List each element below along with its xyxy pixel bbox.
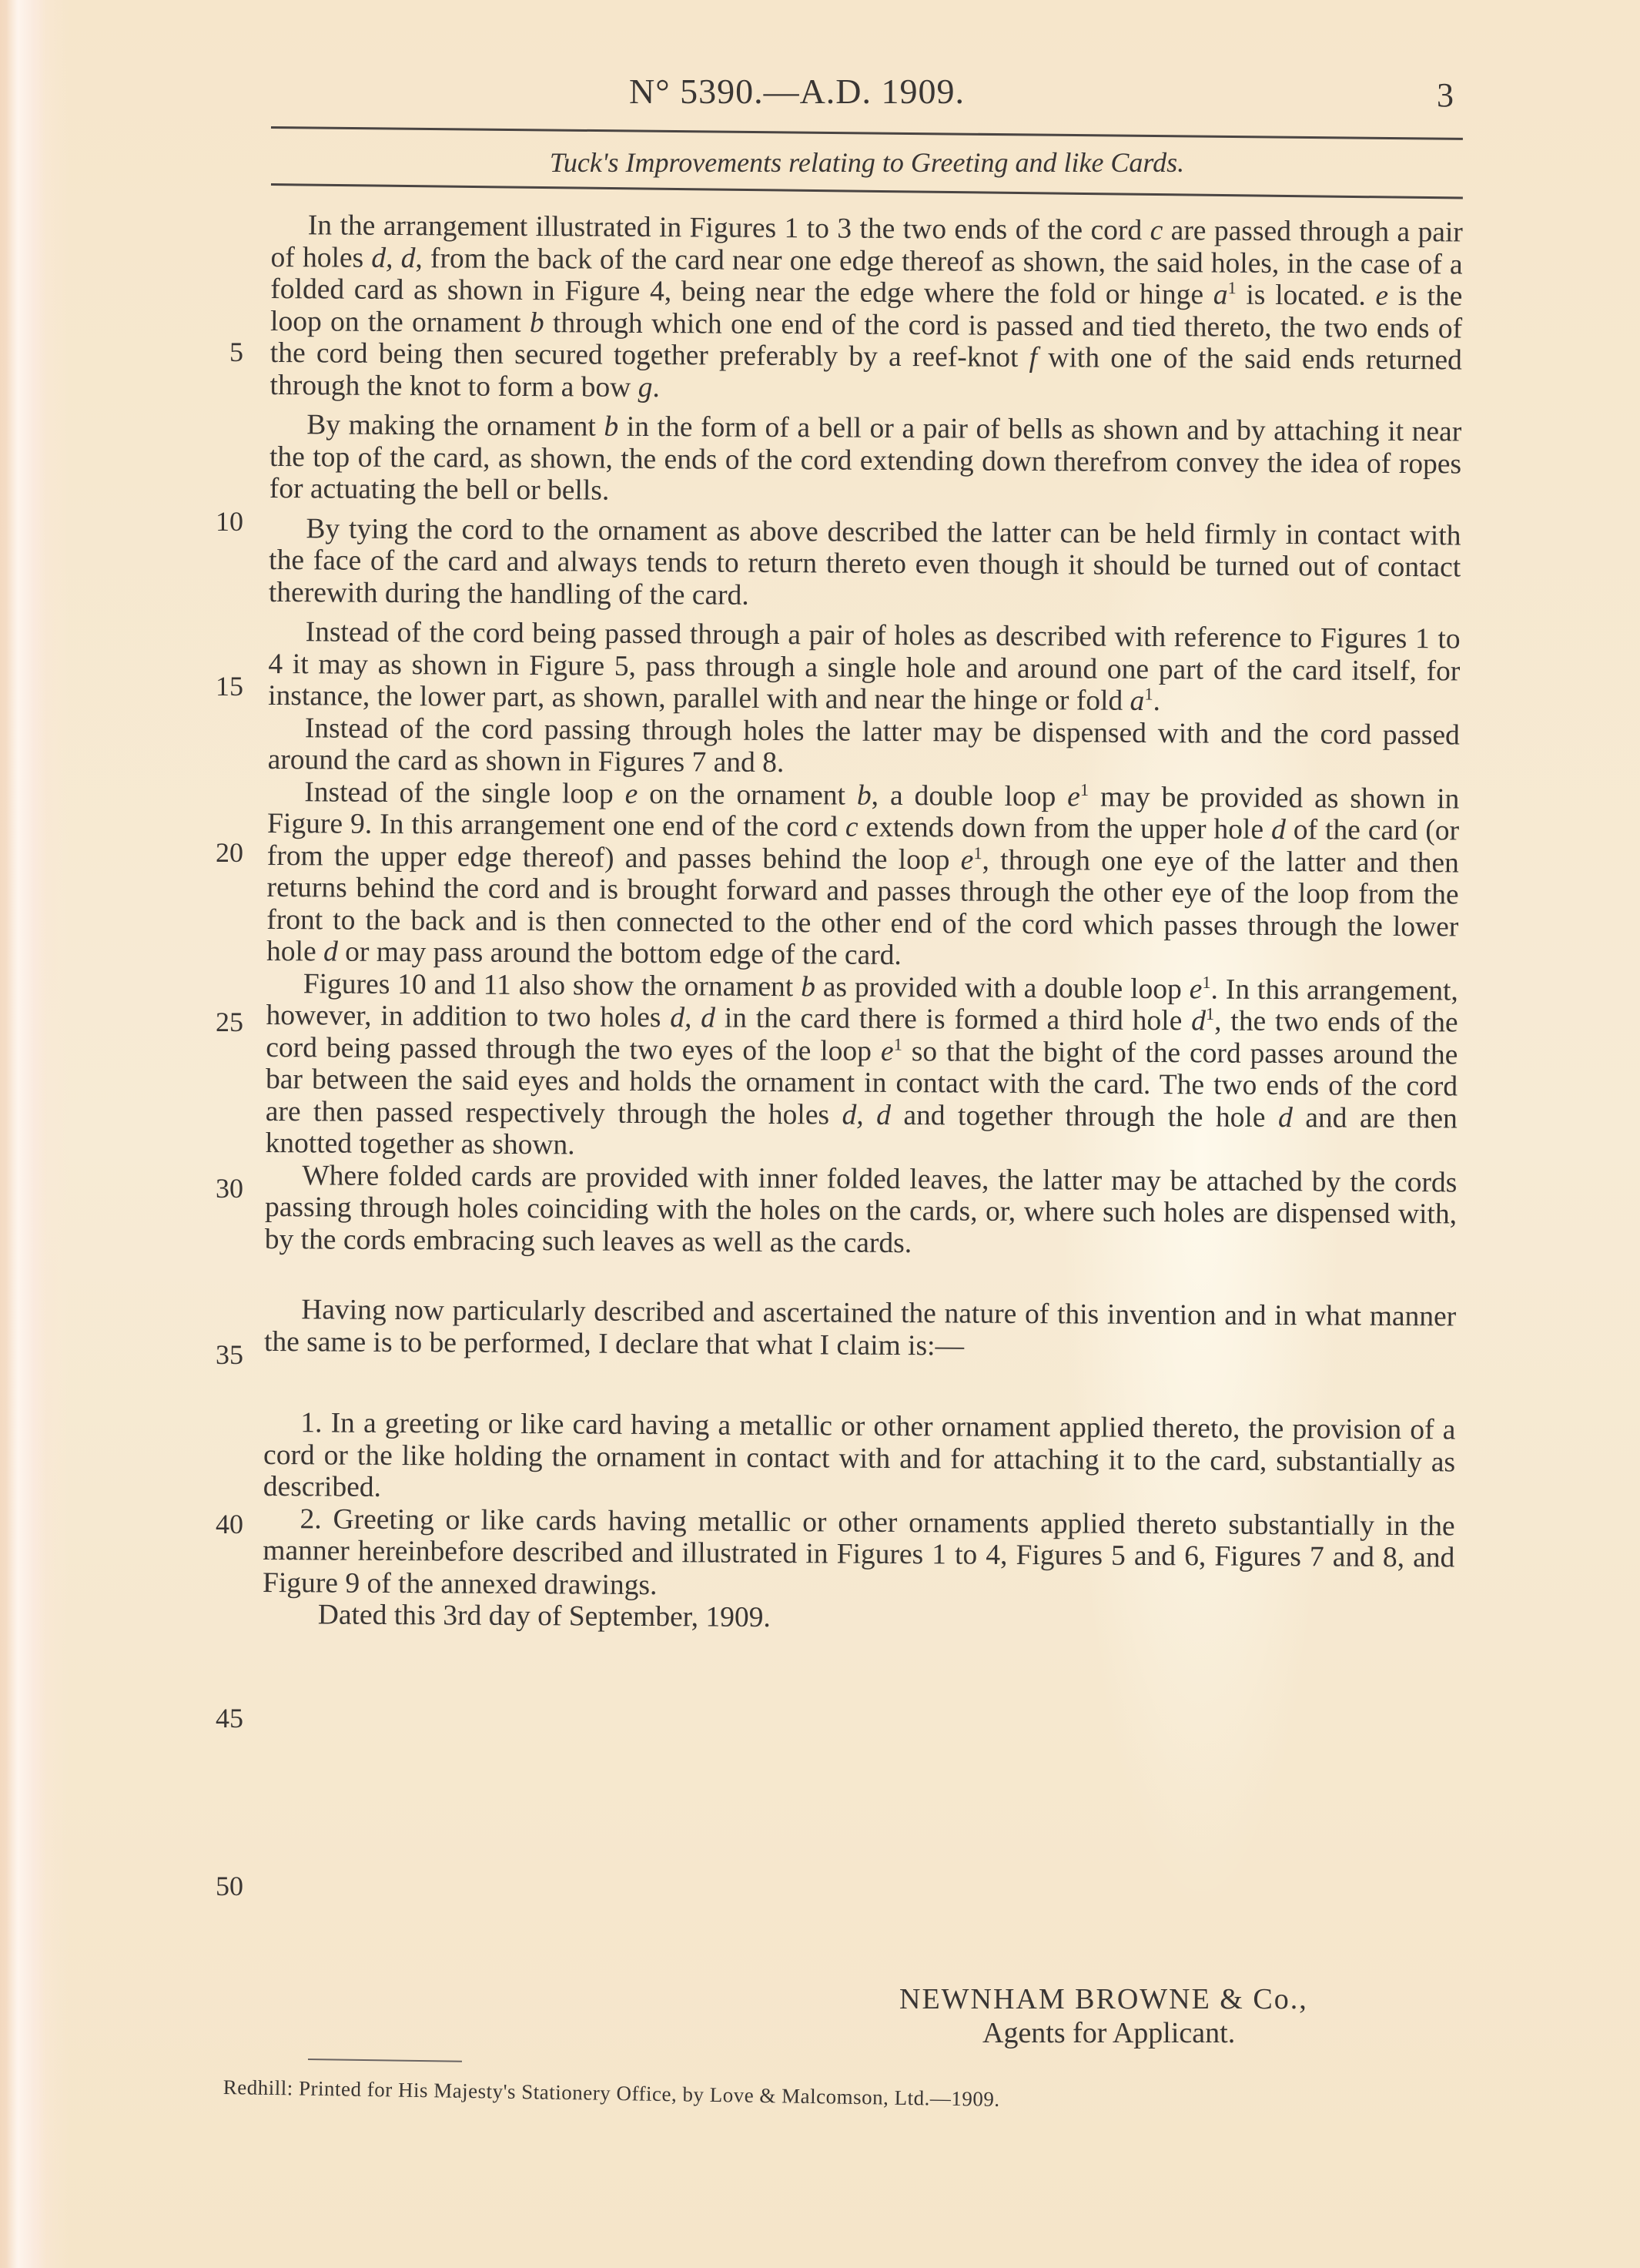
torn-binding-edge [6,0,46,2268]
paragraph-claim-preamble: Having now particularly described and as… [264,1294,1456,1365]
paragraph-no-holes: Instead of the cord passing through hole… [268,712,1460,782]
reference-letter: b [801,971,815,1003]
dated-line: Dated this 3rd day of September, 1909. [263,1599,1454,1638]
line-number-50: 50 [202,1870,243,1902]
paragraph-figures-10-11: Figures 10 and 11 also show the ornament… [265,967,1458,1166]
reference-letter: e [961,844,974,876]
reference-letter: d, d [842,1099,891,1131]
reference-letter: c [1150,215,1163,246]
patent-number-title: N° 5390.—A.D. 1909. [0,71,1640,112]
paragraph-tying-cord: By tying the cord to the ornament as abo… [269,512,1461,615]
agent-role: Agents for Applicant. [982,2016,1235,2050]
reference-letter: b [604,411,618,443]
printer-imprint: Redhill: Printed for His Majesty's Stati… [223,2075,1000,2112]
reference-letter: c [845,812,858,843]
line-number-45: 45 [202,1702,243,1734]
reference-letter: a [1130,685,1144,717]
line-number-5: 5 [202,336,243,368]
reference-letter: a [1213,279,1228,310]
paragraph-inner-leaves: Where folded cards are provided with inn… [265,1159,1458,1262]
agent-signature: NEWNHAM BROWNE & Co., [899,1982,1308,2016]
line-number-15: 15 [202,670,243,702]
reference-letter: d [1271,814,1286,846]
reference-letter: d, d [670,1002,715,1033]
document-subtitle: Tuck's Improvements relating to Greeting… [271,146,1463,179]
claim-2: 2. Greeting or like cards having metalli… [263,1503,1455,1606]
reference-letter: f [1029,342,1038,374]
patent-body-text: In the arrangement illustrated in Figure… [263,209,1463,1638]
reference-letter: b [530,307,544,339]
line-number-25: 25 [202,1006,243,1038]
footer-rule [308,2059,462,2062]
reference-letter: b [857,779,872,811]
reference-superscript: 1 [1080,779,1089,799]
reference-letter: e [1067,781,1080,812]
line-number-35: 35 [202,1338,243,1371]
paragraph-double-loop: Instead of the single loop e on the orna… [266,776,1459,974]
reference-letter: d [323,936,338,967]
scanned-page: N° 5390.—A.D. 1909. 3 Tuck's Improvement… [0,0,1640,2268]
reference-letter: d [1278,1102,1293,1134]
paragraph-arrangement: In the arrangement illustrated in Figure… [269,209,1462,408]
line-number-20: 20 [202,836,243,869]
reference-superscript: 1 [1206,1004,1214,1023]
claim-1: 1. In a greeting or like card having a m… [263,1407,1456,1510]
reference-letter: e [1375,280,1388,312]
line-number-40: 40 [202,1508,243,1540]
reference-superscript: 1 [1144,684,1153,703]
reference-letter: e [881,1035,894,1067]
line-number-30: 30 [202,1172,243,1204]
line-number-10: 10 [202,505,243,538]
paragraph-bell-ornament: By making the ornament b in the form of … [269,409,1462,512]
reference-letter: e [1190,973,1203,1005]
reference-superscript: 1 [894,1034,902,1054]
reference-letter: e [625,778,638,809]
reference-superscript: 1 [1228,278,1237,297]
header-rule-bottom [271,183,1463,199]
page-number: 3 [1437,75,1454,115]
reference-letter: d [1191,1005,1206,1037]
paragraph-single-hole: Instead of the cord being passed through… [268,616,1461,719]
reference-superscript: 1 [973,843,982,863]
reference-superscript: 1 [1202,972,1210,991]
reference-letter: d, d [371,242,415,273]
reference-letter: g [638,371,653,403]
header-rule-top [271,126,1463,140]
